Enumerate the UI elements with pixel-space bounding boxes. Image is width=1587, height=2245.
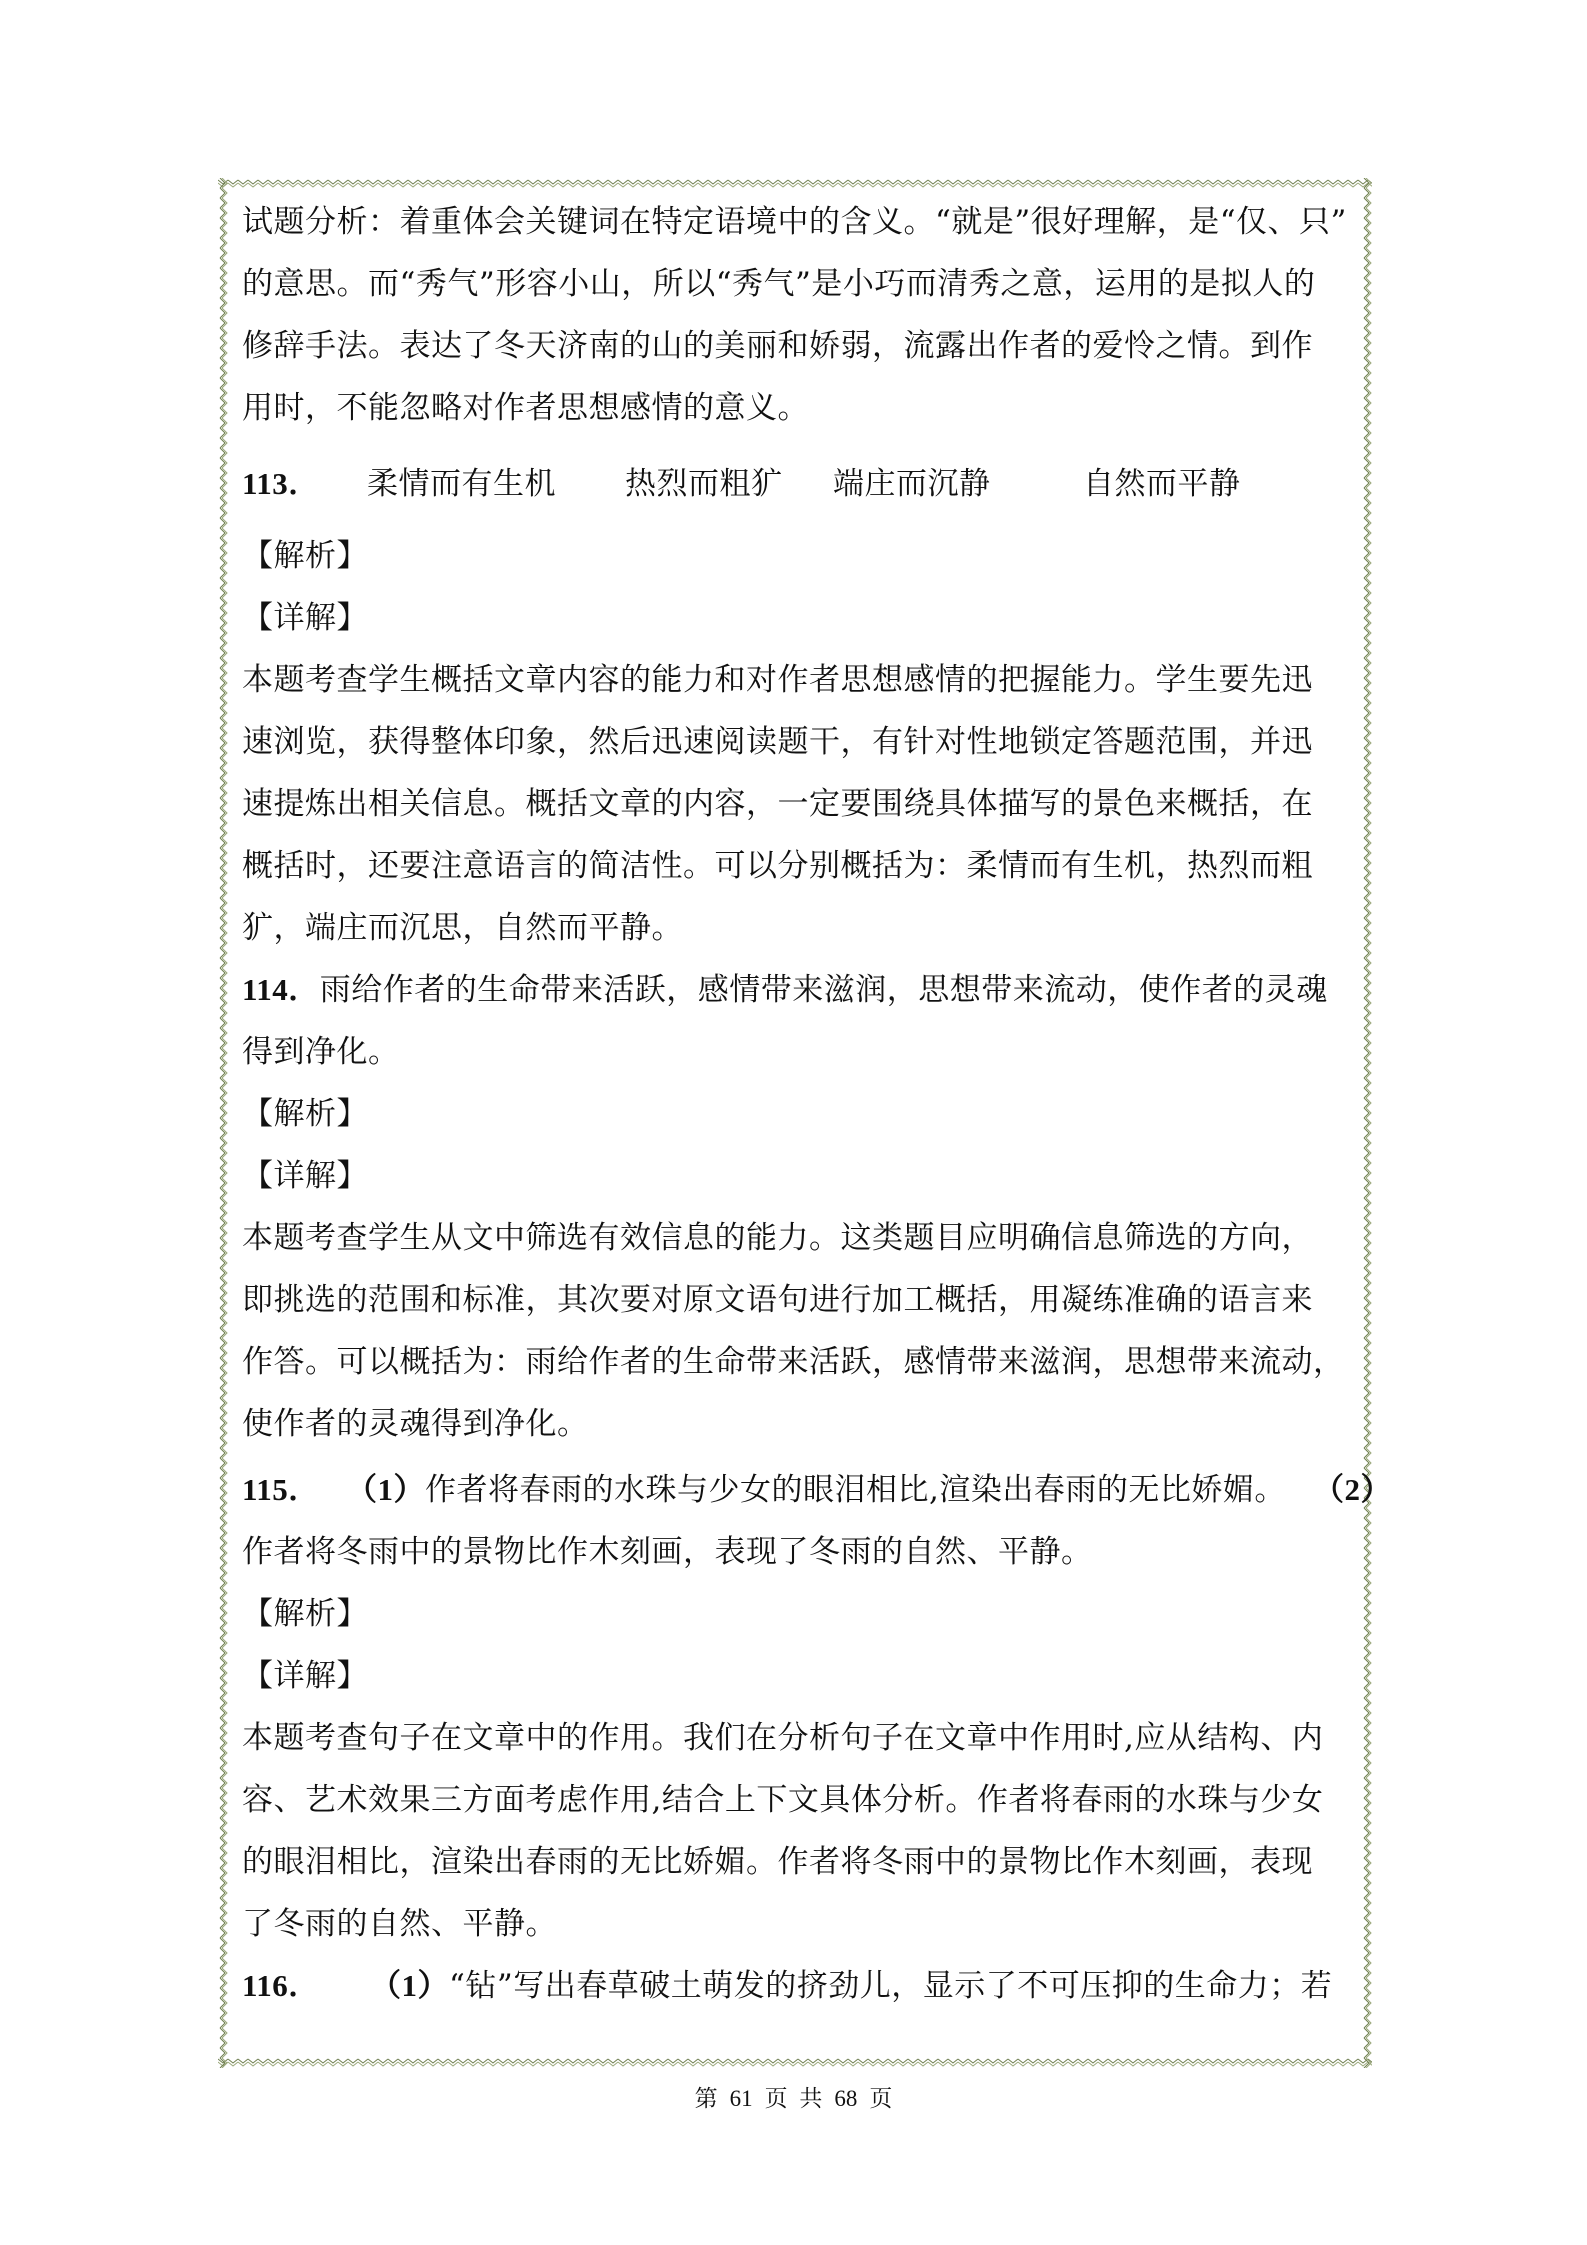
question-115: 115． （1）作者将春雨的水珠与少女的眼泪相比,渲染出春雨的无比娇媚。 （2）… [242,1459,1367,1955]
text-line: 本题考查学生从文中筛选有效信息的能力。这类题目应明确信息筛选的方向， [242,1207,1367,1269]
footer-prefix: 第 [695,2086,718,2111]
text-line: 修辞手法。表达了冬天济南的山的美丽和娇弱，流露出作者的爱怜之情。到作 [242,315,1367,377]
answer-item: 自然而平静 [1083,453,1241,515]
answer-item: 热烈而粗犷 [625,453,783,515]
detail-label: 【详解】 [242,1645,1367,1707]
answer-line: 114．雨给作者的生命带来活跃，感情带来滋润，思想带来流动，使作者的灵魂 [242,959,1367,1021]
footer-suffix: 页 [869,2086,892,2111]
total-page-count: 68 [834,2086,857,2111]
text-line: 概括时，还要注意语言的简洁性。可以分别概括为：柔情而有生机，热烈而粗 [242,835,1367,897]
border-left [218,178,228,2068]
page-footer: 第61页 共68页 [0,2080,1587,2113]
part-label: （1） [346,1472,425,1507]
question-113: 113． 柔情而有生机 热烈而粗犷 端庄而沉静 自然而平静 【解析】 【详解】 … [242,453,1367,959]
part-label: （1） [370,1968,449,2003]
answer-line: 113． 柔情而有生机 热烈而粗犷 端庄而沉静 自然而平静 [242,453,1367,515]
current-page-number: 61 [730,2086,753,2111]
answer-item: 端庄而沉静 [833,453,991,515]
previous-question-analysis: 试题分析：着重体会关键词在特定语境中的含义。“就是”很好理解，是“仅、只” 的意… [242,191,1367,439]
text-line: 用时，不能忽略对作者思想感情的意义。 [242,377,1367,439]
question-number: 113． [242,466,320,501]
answer-text: 雨给作者的生命带来活跃，感情带来滋润，思想带来流动，使作者的灵魂 [320,972,1328,1008]
answer-part-1: （1）作者将春雨的水珠与少女的眼泪相比,渲染出春雨的无比娇媚。 [346,1459,1286,1521]
text-line: 使作者的灵魂得到净化。 [242,1393,1367,1455]
document-body: 试题分析：着重体会关键词在特定语境中的含义。“就是”很好理解，是“仅、只” 的意… [242,191,1367,2017]
question-number: 116． [242,1968,320,2003]
question-number: 114． [242,972,320,1007]
answer-line: 得到净化。 [242,1021,1367,1083]
footer-middle: 页 共 [765,2086,823,2111]
question-114: 114．雨给作者的生命带来活跃，感情带来滋润，思想带来流动，使作者的灵魂 得到净… [242,959,1367,1455]
text-line: 速浏览，获得整体印象，然后迅速阅读题干，有针对性地锁定答题范围，并迅 [242,711,1367,773]
text-line: 作答。可以概括为：雨给作者的生命带来活跃，感情带来滋润，思想带来流动， [242,1331,1367,1393]
answer-part-1: （1）“钻”写出春草破土萌发的挤劲儿，显示了不可压抑的生命力；若 [370,1955,1332,2017]
border-bottom [218,2058,1372,2068]
text-line: 本题考查句子在文章中的作用。我们在分析句子在文章中作用时,应从结构、内 [242,1707,1367,1769]
answer-item: 柔情而有生机 [367,453,556,515]
text-line: 了冬雨的自然、平静。 [242,1893,1367,1955]
answer-line: 作者将冬雨中的景物比作木刻画，表现了冬雨的自然、平静。 [242,1521,1367,1583]
analysis-label: 【解析】 [242,525,1367,587]
text-line: 犷，端庄而沉思，自然而平静。 [242,897,1367,959]
text-line: 本题考查学生概括文章内容的能力和对作者思想感情的把握能力。学生要先迅 [242,649,1367,711]
border-top [218,178,1372,188]
analysis-label: 【解析】 [242,1583,1367,1645]
part-label: （2） [1313,1459,1392,1521]
text-line: 的意思。而“秀气”形容小山，所以“秀气”是小巧而清秀之意，运用的是拟人的 [242,253,1367,315]
question-116: 116． （1）“钻”写出春草破土萌发的挤劲儿，显示了不可压抑的生命力；若 [242,1955,1367,2017]
answer-line: 115． （1）作者将春雨的水珠与少女的眼泪相比,渲染出春雨的无比娇媚。 （2） [242,1459,1367,1521]
text-line: 容、艺术效果三方面考虑作用,结合上下文具体分析。作者将春雨的水珠与少女 [242,1769,1367,1831]
part-text: “钻”写出春草破土萌发的挤劲儿，显示了不可压抑的生命力；若 [449,1968,1332,2004]
detail-label: 【详解】 [242,1145,1367,1207]
text-line: 即挑选的范围和标准，其次要对原文语句进行加工概括，用凝练准确的语言来 [242,1269,1367,1331]
detail-label: 【详解】 [242,587,1367,649]
answer-line: 116． （1）“钻”写出春草破土萌发的挤劲儿，显示了不可压抑的生命力；若 [242,1955,1367,2017]
part-text: 作者将春雨的水珠与少女的眼泪相比,渲染出春雨的无比娇媚。 [425,1472,1286,1508]
text-line: 试题分析：着重体会关键词在特定语境中的含义。“就是”很好理解，是“仅、只” [242,191,1367,253]
text-line: 速提炼出相关信息。概括文章的内容，一定要围绕具体描写的景色来概括，在 [242,773,1367,835]
text-line: 的眼泪相比，渲染出春雨的无比娇媚。作者将冬雨中的景物比作木刻画，表现 [242,1831,1367,1893]
analysis-label: 【解析】 [242,1083,1367,1145]
question-number: 115． [242,1472,320,1507]
